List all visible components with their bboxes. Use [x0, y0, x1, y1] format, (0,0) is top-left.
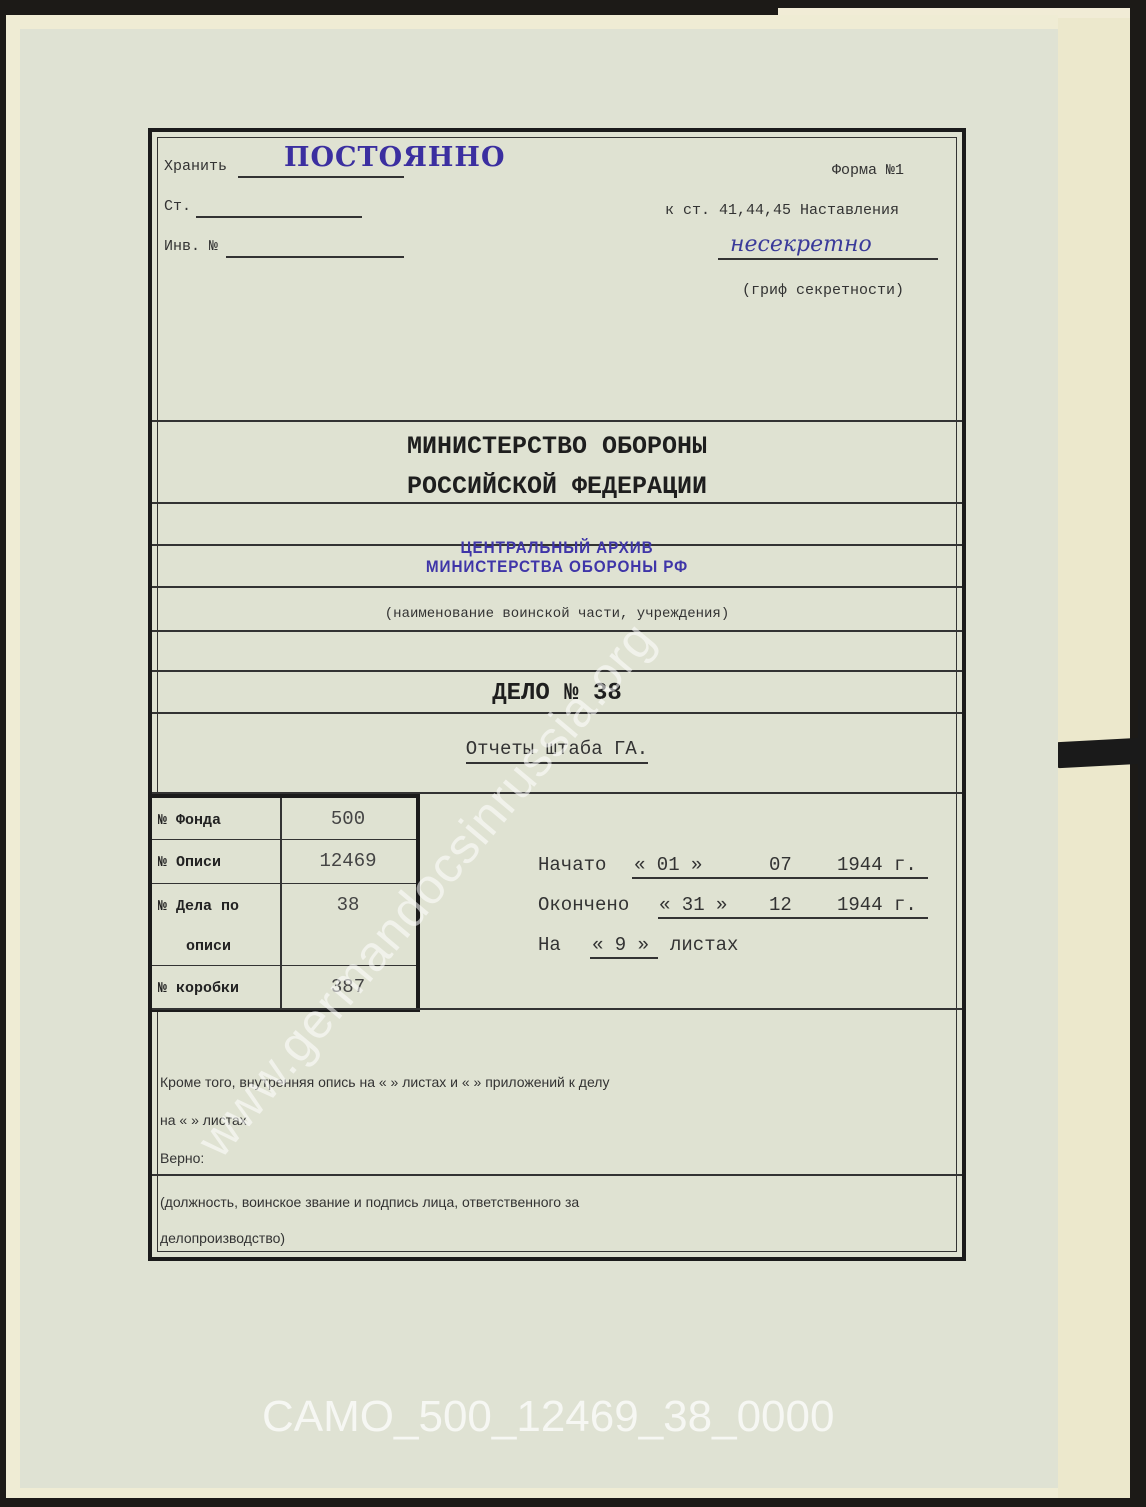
started-underline — [632, 877, 928, 879]
ministry-line2: РОССИЙСКОЙ ФЕДЕРАЦИИ — [152, 472, 962, 501]
started-month: 07 — [769, 854, 792, 876]
article-label: Ст. — [164, 198, 191, 215]
divider — [152, 420, 962, 422]
opis-label: № Описи — [158, 854, 221, 871]
responsible-line1: (должность, воинское звание и подпись ли… — [160, 1194, 579, 1210]
divider — [152, 1008, 962, 1010]
sheets-count: « 9 » — [592, 934, 649, 956]
keep-stamp: ПОСТОЯННО — [284, 142, 505, 173]
divider — [152, 670, 962, 672]
ended-underline — [658, 917, 928, 919]
form-reference: к ст. 41,44,45 Наставления — [665, 202, 899, 219]
ended-day: « 31 » — [659, 894, 727, 916]
keep-label: Хранить — [164, 158, 227, 175]
ended-year: 1944 г. — [837, 894, 917, 916]
started-day: « 01 » — [634, 854, 702, 876]
divider — [152, 586, 962, 588]
sheets-label-post: листах — [670, 934, 738, 956]
started-label: Начато — [538, 854, 606, 876]
binding-ribbon — [1055, 738, 1142, 768]
verified-label: Верно: — [160, 1150, 204, 1166]
inventory-underline — [226, 256, 404, 258]
ended-label: Окончено — [538, 894, 629, 916]
archive-stamp-line1: ЦЕНТРАЛЬНЫЙ АРХИВ — [193, 538, 922, 557]
ended-month: 12 — [769, 894, 792, 916]
fond-value: 500 — [284, 808, 412, 830]
inventory-label: Инв. № — [164, 238, 218, 255]
sheets-underline — [590, 957, 658, 959]
sheets-label-pre: На — [538, 934, 561, 956]
ministry-line1: МИНИСТЕРСТВО ОБОРОНЫ — [152, 432, 962, 461]
delo-label-cont: описи — [186, 938, 231, 955]
opis-value: 12469 — [284, 850, 412, 872]
box-label: № коробки — [158, 980, 239, 997]
table-row: № Фонда 500 — [152, 798, 416, 840]
fond-label: № Фонда — [158, 812, 221, 829]
secrecy-caption: (гриф секретности) — [742, 282, 904, 299]
article-underline — [196, 216, 362, 218]
secrecy-underline — [718, 258, 938, 260]
file-id: CAMO_500_12469_38_0000 — [262, 1392, 834, 1442]
form-number: Форма №1 — [832, 162, 904, 179]
responsible-line2: делопроизводство) — [160, 1230, 285, 1246]
archive-stamp: ЦЕНТРАЛЬНЫЙ АРХИВ МИНИСТЕРСТВА ОБОРОНЫ Р… — [193, 538, 922, 576]
table-row: № Описи 12469 — [152, 840, 416, 884]
keep-underline — [238, 176, 404, 178]
started-year: 1944 г. — [837, 854, 917, 876]
archive-stamp-line2: МИНИСТЕРСТВА ОБОРОНЫ РФ — [193, 557, 922, 576]
secrecy-handwritten: несекретно — [730, 232, 872, 257]
binding-ribbon-edge — [1138, 700, 1146, 820]
delo-label: № Дела по — [158, 898, 239, 915]
divider — [152, 502, 962, 504]
divider — [152, 1174, 962, 1176]
unit-caption: (наименование воинской части, учреждения… — [152, 606, 962, 622]
divider — [152, 630, 962, 632]
